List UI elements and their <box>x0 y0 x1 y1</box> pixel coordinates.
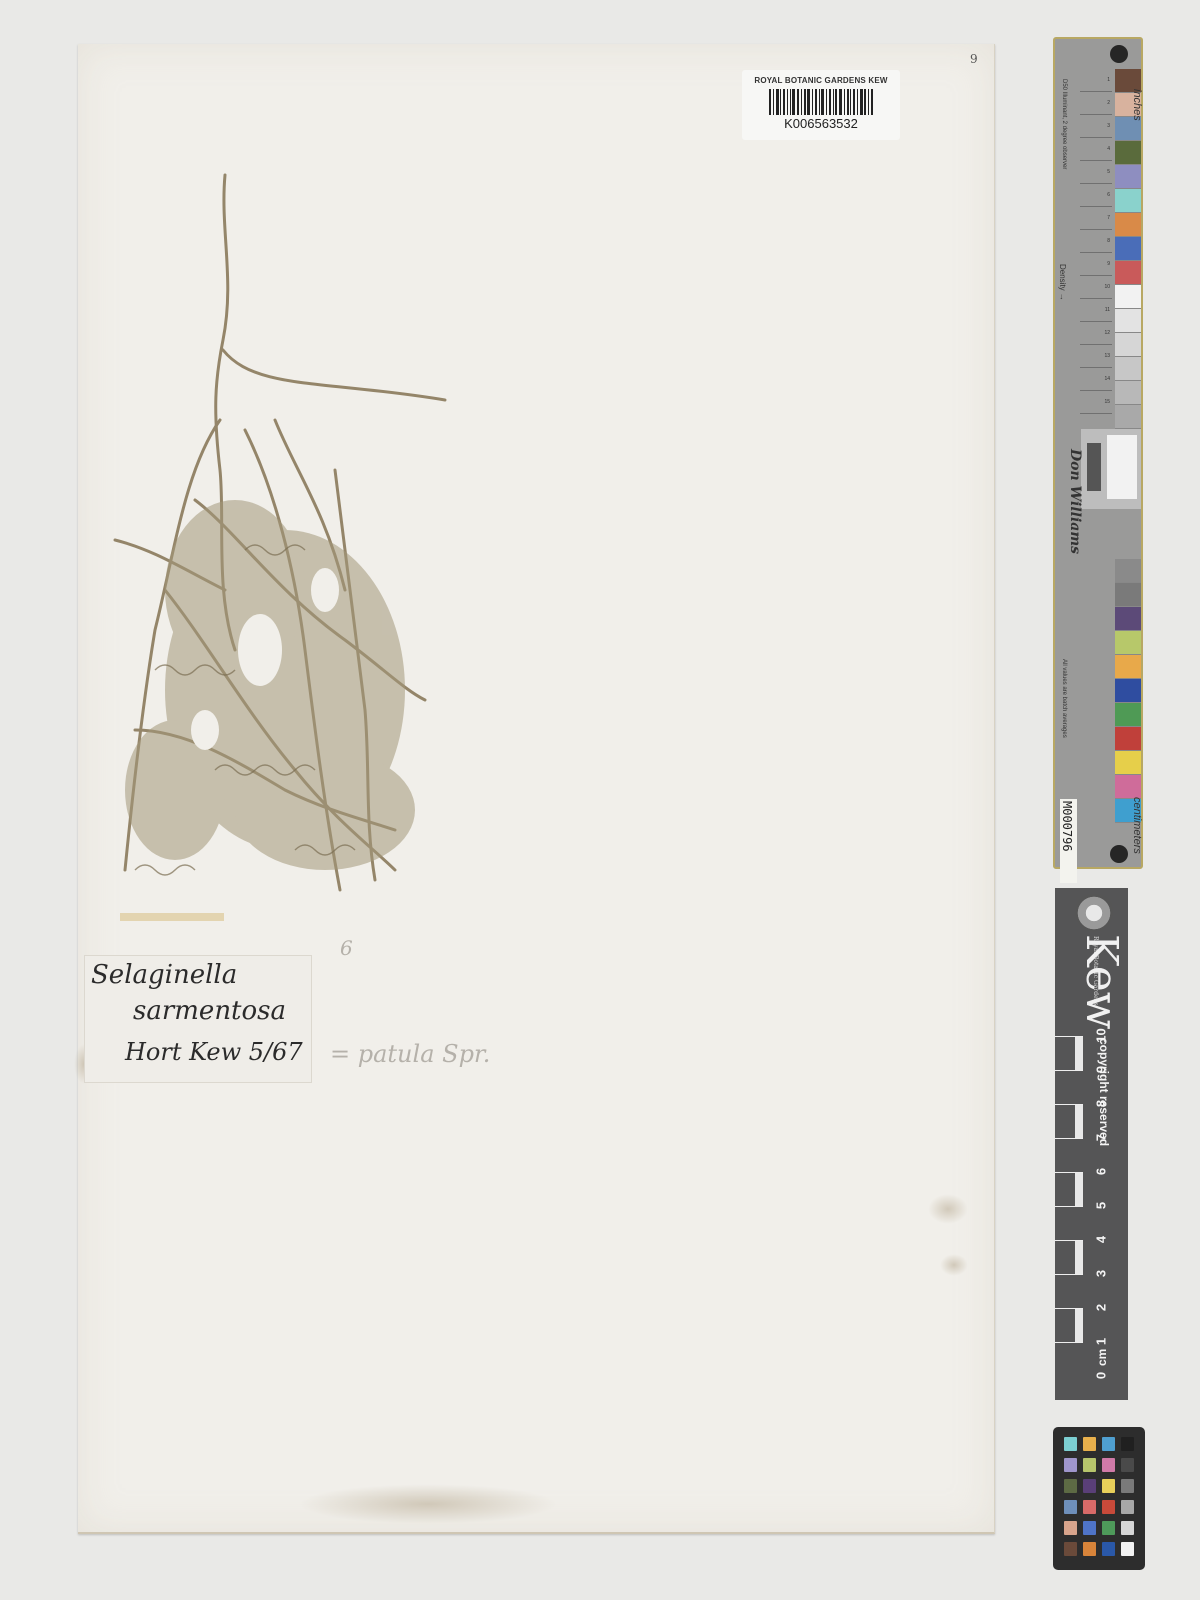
checker-patch <box>1102 1500 1115 1514</box>
patch-number: 2 <box>1080 92 1112 115</box>
pencil-synonym: = patula Spr. <box>330 1040 490 1068</box>
scale-tick-label: 4 <box>1094 1232 1109 1248</box>
density-label: Density → <box>1058 264 1067 301</box>
colour-swatch <box>1115 141 1141 165</box>
patch-number: 13 <box>1080 345 1112 368</box>
mounting-hole-icon <box>1110 45 1128 63</box>
brand-label: Don Williams <box>1067 449 1083 554</box>
species-name: sarmentosa <box>133 996 286 1026</box>
institution-name: ROYAL BOTANIC GARDENS KEW <box>742 76 900 85</box>
patch-number: 11 <box>1080 299 1112 322</box>
checker-patch <box>1102 1542 1115 1556</box>
centimeters-label: centimeters <box>1131 797 1143 854</box>
patch-number: 3 <box>1080 115 1112 138</box>
patch-number: 14 <box>1080 368 1112 391</box>
colour-swatch <box>1115 751 1141 775</box>
averages-note: All values are batch averages <box>1061 659 1067 738</box>
checker-patch <box>1121 1479 1134 1493</box>
colour-swatch <box>1115 381 1141 405</box>
colour-swatch <box>1115 213 1141 237</box>
checker-patch <box>1083 1521 1096 1535</box>
paper-stain <box>298 1484 558 1524</box>
scale-tick-label: 9 <box>1094 1062 1109 1078</box>
patch-number: 12 <box>1080 322 1112 345</box>
paper-stain <box>940 1254 968 1276</box>
colour-swatch <box>1115 655 1141 679</box>
checker-patch <box>1064 1542 1077 1556</box>
patch-number: 1 <box>1080 69 1112 92</box>
scale-segment <box>1055 1274 1083 1308</box>
colour-swatch <box>1115 583 1141 607</box>
colour-swatch <box>1115 165 1141 189</box>
scale-tick-label: 6 <box>1094 1164 1109 1180</box>
checker-patch <box>1121 1542 1134 1556</box>
checker-patch <box>1102 1479 1115 1493</box>
colour-swatch <box>1115 727 1141 751</box>
checker-patch <box>1121 1458 1134 1472</box>
colour-swatch <box>1115 679 1141 703</box>
patch-number: 7 <box>1080 207 1112 230</box>
scale-tick-label: 2 <box>1094 1300 1109 1316</box>
scale-segment <box>1055 1104 1083 1138</box>
mounting-hole-icon <box>1110 845 1128 863</box>
kew-logo: Kew <box>1076 934 1127 1029</box>
barcode-icon <box>769 89 873 115</box>
scale-tick-label: 7 <box>1094 1130 1109 1146</box>
scale-segment <box>1055 1342 1083 1376</box>
determination-label: Selaginella sarmentosa Hort Kew 5/67 <box>84 955 312 1083</box>
barcode-label: ROYAL BOTANIC GARDENS KEW K006563532 <box>742 70 900 140</box>
grey-target <box>1081 429 1141 509</box>
scale-tick-label: 1 <box>1094 1334 1109 1350</box>
corner-mark: 9 <box>970 52 978 66</box>
patch-number: 9 <box>1080 253 1112 276</box>
colour-swatches-lower <box>1115 559 1143 823</box>
colour-swatches <box>1115 69 1143 429</box>
checker-patch <box>1083 1437 1096 1451</box>
checker-patch <box>1083 1542 1096 1556</box>
scale-segment <box>1055 1240 1083 1274</box>
colour-swatch <box>1115 261 1141 285</box>
scale-segment <box>1055 1070 1083 1104</box>
colour-density-bar: 123456789101112131415 inches centimeters… <box>1053 37 1143 869</box>
scale-tick-label: 8 <box>1094 1096 1109 1112</box>
inches-label: inches <box>1131 89 1143 121</box>
serial-number: M000796 <box>1060 801 1074 852</box>
patch-number: 10 <box>1080 276 1112 299</box>
scale-tick-label: 3 <box>1094 1266 1109 1282</box>
colour-swatch <box>1115 405 1141 429</box>
paper-stain <box>928 1194 968 1224</box>
patch-number: 4 <box>1080 138 1112 161</box>
checker-patch <box>1064 1500 1077 1514</box>
kew-scale-bar: Royal Botanic Gardens Kew copyright rese… <box>1055 888 1128 1400</box>
colour-checker <box>1053 1427 1145 1570</box>
genus-name: Selaginella <box>91 960 237 990</box>
colour-swatch <box>1115 631 1141 655</box>
scale-tick-label: 10 <box>1094 1028 1109 1044</box>
colour-swatch <box>1115 189 1141 213</box>
patch-number: 8 <box>1080 230 1112 253</box>
colour-swatch <box>1115 357 1141 381</box>
barcode-number: K006563532 <box>742 116 900 131</box>
colour-swatch <box>1115 559 1141 583</box>
checker-patch <box>1064 1458 1077 1472</box>
checker-patch <box>1083 1500 1096 1514</box>
kew-crest-icon <box>1075 894 1113 932</box>
colour-swatch <box>1115 703 1141 727</box>
checker-patch <box>1102 1458 1115 1472</box>
patch-number: 15 <box>1080 391 1112 414</box>
checker-patch <box>1064 1437 1077 1451</box>
scale-segment <box>1055 1172 1083 1206</box>
colour-swatch <box>1115 237 1141 261</box>
checker-patch <box>1083 1479 1096 1493</box>
cm-unit-label: cm <box>1095 1349 1109 1366</box>
checker-patch <box>1121 1500 1134 1514</box>
patch-number: 6 <box>1080 184 1112 207</box>
collection-note: Hort Kew 5/67 <box>125 1038 303 1066</box>
patch-number: 5 <box>1080 161 1112 184</box>
pencil-number: 6 <box>340 936 353 960</box>
density-values: 123456789101112131415 <box>1080 69 1112 414</box>
scale-segment <box>1055 1308 1083 1342</box>
cm-scale <box>1055 1036 1083 1386</box>
serial-label: M000796 <box>1060 799 1077 883</box>
colour-swatch <box>1115 607 1141 631</box>
colour-swatch <box>1115 309 1141 333</box>
mounting-strip <box>120 913 224 921</box>
plant-specimen <box>95 170 455 920</box>
scale-tick-label: 0 <box>1094 1368 1109 1384</box>
scale-segment <box>1055 1138 1083 1172</box>
checker-patch <box>1121 1437 1134 1451</box>
colour-swatch <box>1115 285 1141 309</box>
colour-swatch <box>1115 775 1141 799</box>
observer-note: D50 Illuminant, 2 degree observer <box>1061 79 1067 169</box>
colour-swatch <box>1115 333 1141 357</box>
scale-tick-label: 5 <box>1094 1198 1109 1214</box>
checker-patch <box>1121 1521 1134 1535</box>
checker-patch <box>1102 1437 1115 1451</box>
scale-segment <box>1055 1206 1083 1240</box>
checker-patch <box>1064 1521 1077 1535</box>
checker-patch <box>1102 1521 1115 1535</box>
scale-segment <box>1055 1036 1083 1070</box>
checker-patch <box>1083 1458 1096 1472</box>
checker-patch <box>1064 1479 1077 1493</box>
